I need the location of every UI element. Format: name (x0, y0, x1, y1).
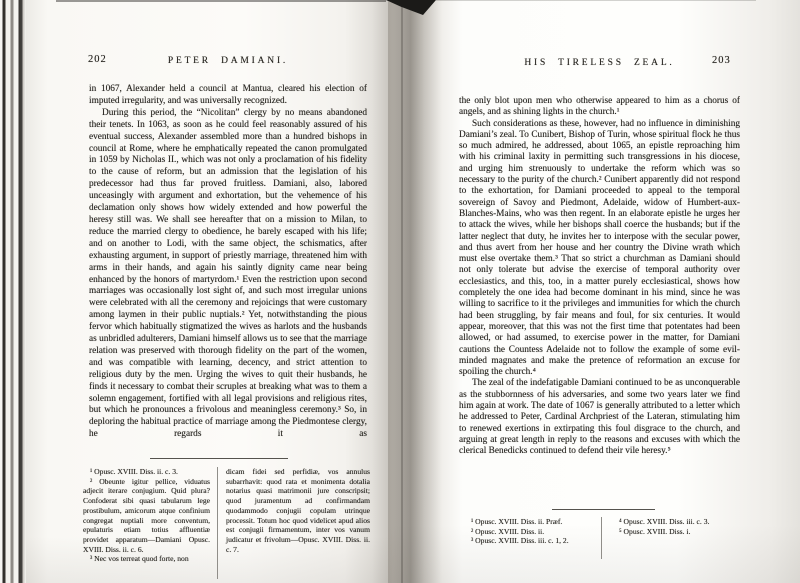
footnote-column-left: ¹ Opusc. XVIII. Diss. ii. c. 3. ² Obeunt… (83, 467, 218, 579)
body-paragraph: Such considerations as these, however, h… (459, 119, 740, 379)
page-fore-edge (0, 0, 26, 583)
footnote-separator (150, 458, 288, 459)
footnote: ² Obeunte igitur pellice, viduatus adjec… (83, 477, 210, 555)
body-paragraph: in 1067, Alexander held a council at Man… (89, 84, 367, 108)
left-page-footnotes: ¹ Opusc. XVIII. Diss. ii. c. 3. ² Obeunt… (83, 467, 370, 579)
footnote: ³ Opusc. XVIII. Diss. iii. c. 1, 2. (464, 536, 595, 546)
left-page-top-edge (56, 0, 386, 2)
footnote: ² Opusc. XVIII. Diss. ii. (464, 527, 595, 537)
right-page-top-edge (436, 0, 756, 1)
open-book-photo: 202 PETER DAMIANI. in 1067, Alexander he… (0, 0, 800, 583)
body-paragraph: The zeal of the indefatigable Damiani co… (459, 378, 740, 457)
footnote: ³ Nec vos terreat quod forte, non (83, 554, 210, 564)
right-page-number: 203 (712, 55, 731, 66)
book-gutter-shadow (372, 0, 442, 583)
left-running-header: PETER DAMIANI. (89, 56, 367, 66)
footnote-column-left: ¹ Opusc. XVIII. Diss. ii. Præf. ² Opusc.… (464, 517, 602, 559)
right-page-body: the only blot upon men who otherwise app… (459, 96, 740, 508)
footnote: ⁴ Opusc. XVIII. Diss. iii. c. 3. (612, 517, 752, 527)
book-gutter-crease (401, 0, 403, 583)
footnote-column-right: dicam fidei sed perfidiæ, vos annulus su… (218, 467, 370, 579)
footnote-column-right: ⁴ Opusc. XVIII. Diss. iii. c. 3. ⁵ Opusc… (602, 517, 752, 559)
body-paragraph: During this period, the “Nicolitan” cler… (89, 108, 367, 441)
footnote-separator (552, 509, 655, 510)
footnote: ¹ Opusc. XVIII. Diss. ii. c. 3. (83, 467, 210, 477)
footnote: ¹ Opusc. XVIII. Diss. ii. Præf. (464, 517, 595, 527)
body-paragraph: the only blot upon men who otherwise app… (459, 96, 740, 119)
left-page-body: in 1067, Alexander held a council at Man… (89, 84, 367, 458)
right-page-footnotes: ¹ Opusc. XVIII. Diss. ii. Præf. ² Opusc.… (464, 517, 752, 559)
footnote: ⁵ Opusc. XVIII. Diss. i. (612, 527, 752, 537)
footnote-continuation: dicam fidei sed perfidiæ, vos annulus su… (226, 467, 370, 554)
right-running-header: HIS TIRELESS ZEAL. (459, 58, 740, 68)
